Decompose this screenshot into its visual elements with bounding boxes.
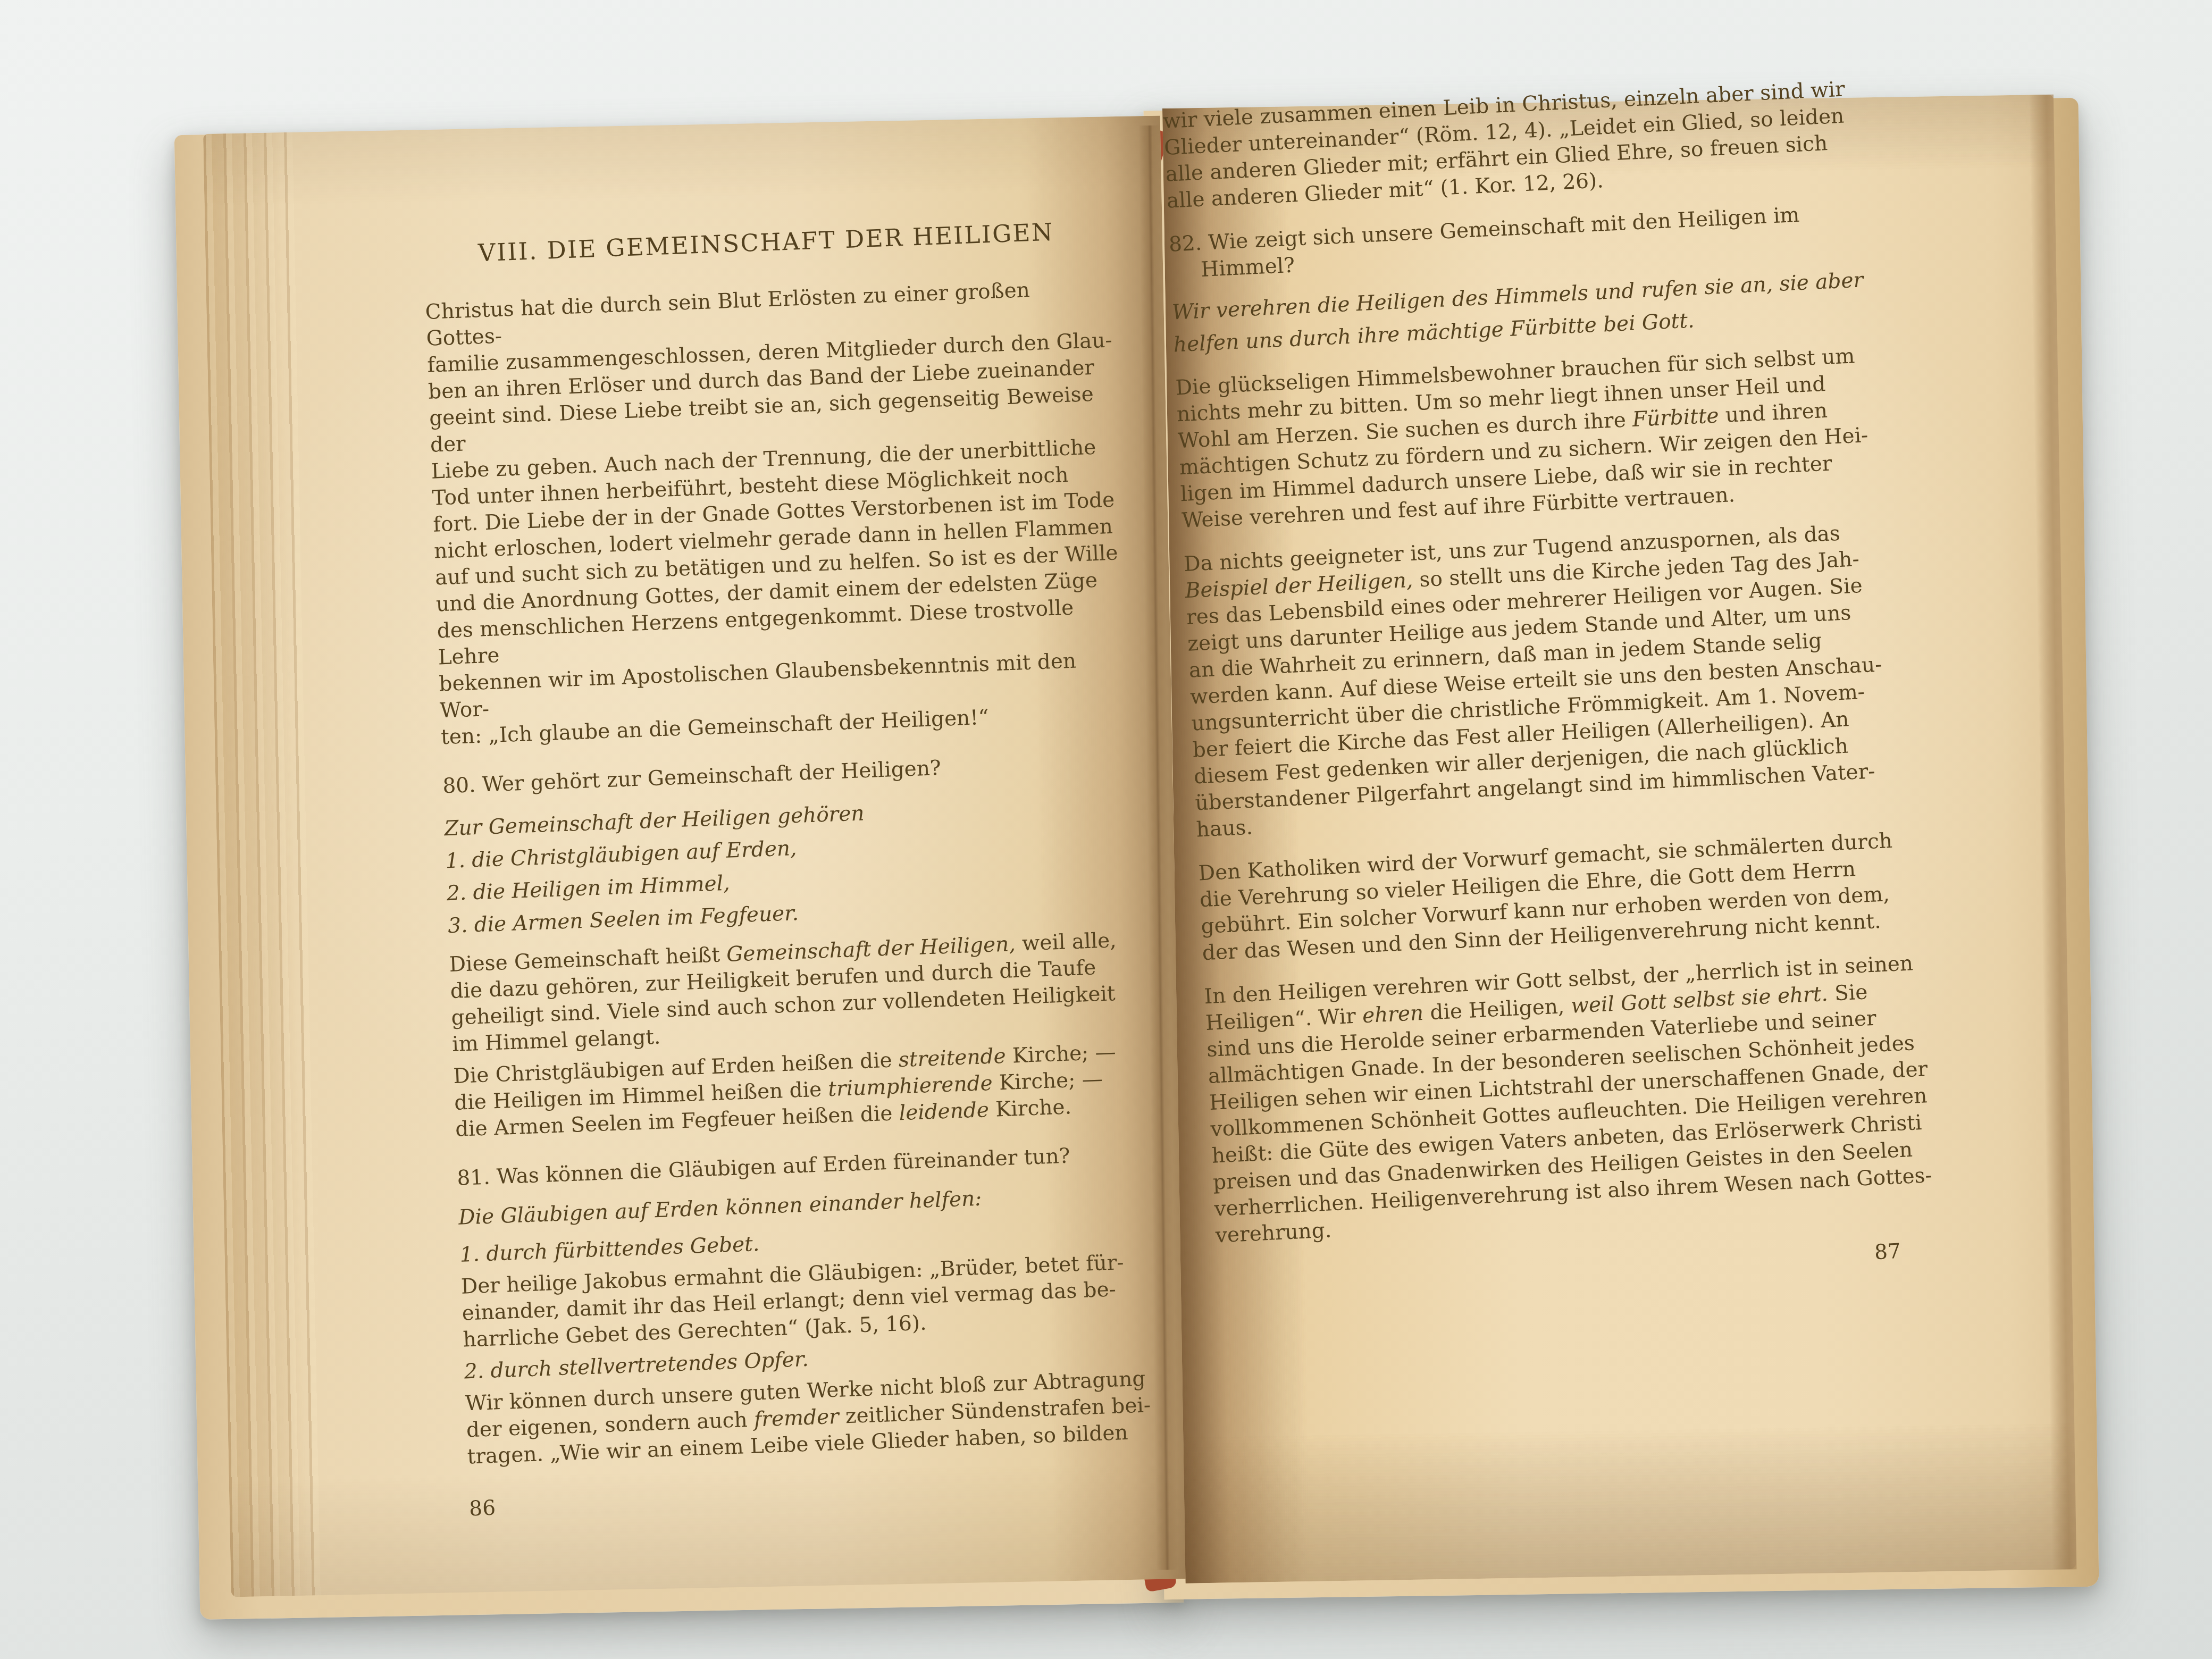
answer-80: Zur Gemeinschaft der Heiligen gehören1. … bbox=[443, 787, 1134, 942]
photo-backdrop: VIII. DIE GEMEINSCHAFT DER HEILIGEN Chri… bbox=[0, 0, 2212, 1659]
left-page-text-column: VIII. DIE GEMEINSCHAFT DER HEILIGEN Chri… bbox=[423, 217, 1155, 1523]
right-page bbox=[1162, 95, 2076, 1583]
intro-paragraph: Christus hat die durch sein Blut Erlöste… bbox=[425, 274, 1127, 751]
paragraph-gemeinschaft: Diese Gemeinschaft heißt Gemeinschaft de… bbox=[449, 927, 1138, 1058]
